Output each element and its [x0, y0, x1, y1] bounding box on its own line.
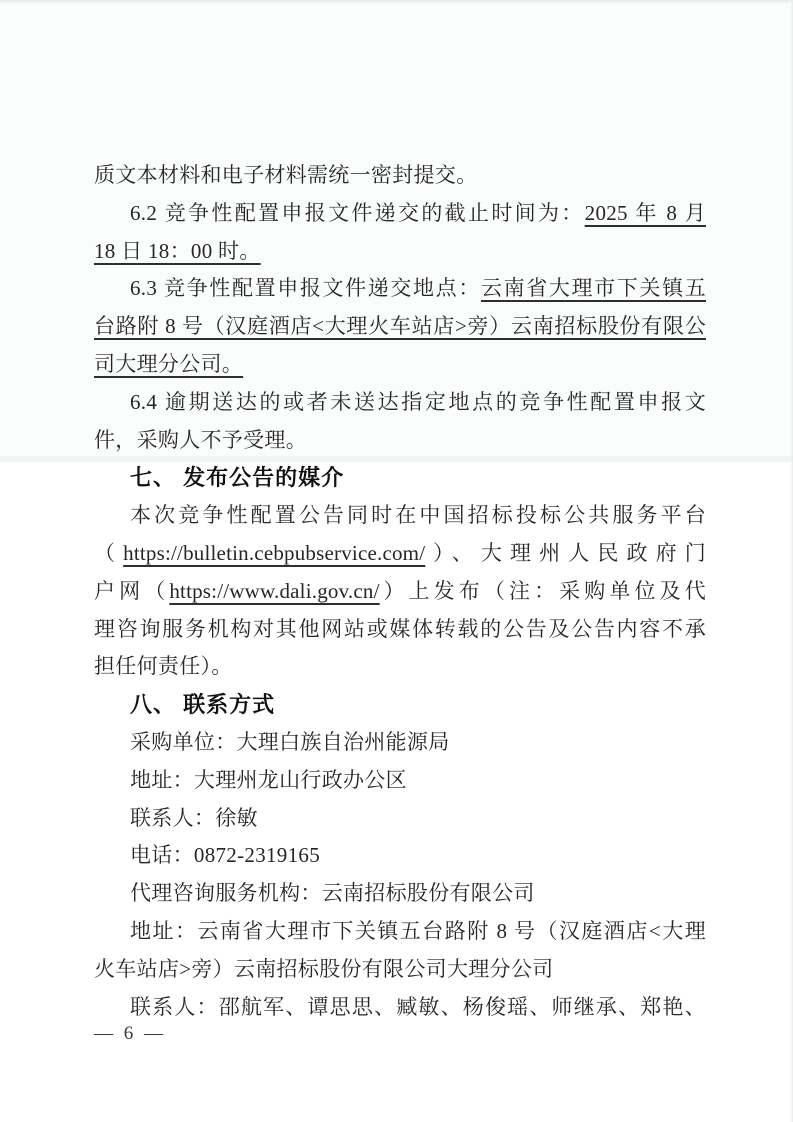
- text-segment: 地址：大理州龙山行政办公区: [130, 768, 407, 792]
- text-segment: 本次竞争性配置公告同时在中国招标投标公共服务平台: [130, 503, 706, 527]
- text-segment: 6.2 竞争性配置申报文件递交的截止时间为：: [130, 201, 585, 225]
- text-line-phone: 电话：0872-2319165: [94, 837, 706, 875]
- text-line-agency-contacts: 联系人：邵航军、谭思思、臧敏、杨俊瑶、师继承、郑艳、: [94, 989, 706, 1027]
- text-segment: ）上发布（注：采购单位及代: [380, 579, 706, 603]
- text-segment: 理咨询服务机构对其他网站或媒体转载的公告及公告内容不承: [94, 617, 706, 641]
- text-line: 质文本材料和电子材料需统一密封提交。: [94, 157, 706, 195]
- text-line: 6.2 竞争性配置申报文件递交的截止时间为：2025 年 8 月: [94, 195, 706, 233]
- text-line: 6.4 逾期送达的或者未送达指定地点的竞争性配置申报文: [94, 384, 706, 422]
- document-page: 质文本材料和电子材料需统一密封提交。 6.2 竞争性配置申报文件递交的截止时间为…: [0, 0, 793, 1122]
- text-line-agency-address: 火车站店>旁）云南招标股份有限公司大理分公司: [94, 951, 706, 989]
- section-heading-contact: 八、 联系方式: [94, 686, 706, 724]
- url-cebpubservice: https://bulletin.cebpubservice.com/: [123, 541, 425, 565]
- text-segment: 质文本材料和电子材料需统一密封提交。: [94, 163, 477, 187]
- text-segment: 联系人：徐敏: [130, 806, 258, 830]
- text-segment: 件，采购人不予受理。: [94, 428, 307, 452]
- text-line: 件，采购人不予受理。: [94, 422, 706, 460]
- text-segment: 采购单位：大理白族自治州能源局: [130, 730, 450, 754]
- text-segment: 代理咨询服务机构：云南招标股份有限公司: [130, 881, 535, 905]
- underlined-deadline-text: 2025 年 8 月: [585, 201, 706, 225]
- section-heading-media: 七、 发布公告的媒介: [94, 459, 706, 497]
- text-line-purchaser-contact: 联系人：徐敏: [94, 800, 706, 838]
- text-segment: ）、大理州人民政府门: [425, 541, 706, 565]
- text-segment: 6.4 逾期送达的或者未送达指定地点的竞争性配置申报文: [130, 390, 706, 414]
- text-line: 台路附 8 号（汉庭酒店<大理火车站店>旁）云南招标股份有限公: [94, 308, 706, 346]
- document-body: 质文本材料和电子材料需统一密封提交。 6.2 竞争性配置申报文件递交的截止时间为…: [94, 157, 706, 1026]
- text-line-purchaser: 采购单位：大理白族自治州能源局: [94, 724, 706, 762]
- text-line: 18 日 18：00 时。: [94, 233, 706, 271]
- text-line-purchaser-address: 地址：大理州龙山行政办公区: [94, 762, 706, 800]
- text-segment: 联系人：邵航军、谭思思、臧敏、杨俊瑶、师继承、郑艳、: [130, 995, 706, 1019]
- text-segment: （: [94, 541, 123, 565]
- text-line: 理咨询服务机构对其他网站或媒体转载的公告及公告内容不承: [94, 611, 706, 649]
- underlined-address-text: 台路附 8 号（汉庭酒店<大理火车站店>旁）云南招标股份有限公: [94, 314, 706, 338]
- page-number: — 6 —: [94, 1023, 166, 1045]
- text-line: （https://bulletin.cebpubservice.com/）、大理…: [94, 535, 706, 573]
- section-heading-text: 八、 联系方式: [130, 692, 275, 717]
- text-line: 本次竞争性配置公告同时在中国招标投标公共服务平台: [94, 497, 706, 535]
- underlined-address-text: 司大理分公司。: [94, 352, 243, 376]
- section-heading-text: 七、 发布公告的媒介: [130, 465, 344, 490]
- text-segment: 地址：云南省大理市下关镇五台路附 8 号（汉庭酒店<大理: [130, 919, 706, 943]
- text-line: 担任何责任）。: [94, 648, 706, 686]
- text-segment: 火车站店>旁）云南招标股份有限公司大理分公司: [94, 957, 553, 981]
- url-dali-gov: https://www.dali.gov.cn/: [169, 579, 379, 603]
- text-line-agency-address: 地址：云南省大理市下关镇五台路附 8 号（汉庭酒店<大理: [94, 913, 706, 951]
- text-segment: 户网（: [94, 579, 169, 603]
- text-line: 6.3 竞争性配置申报文件递交地点：云南省大理市下关镇五: [94, 270, 706, 308]
- text-line-agency: 代理咨询服务机构：云南招标股份有限公司: [94, 875, 706, 913]
- underlined-deadline-text: 18 日 18：00 时。: [94, 239, 261, 263]
- text-segment: 担任何责任）。: [94, 654, 233, 678]
- scan-top-edge: [0, 0, 793, 4]
- text-segment: 6.3 竞争性配置申报文件递交地点：: [130, 276, 481, 300]
- underlined-address-text: 云南省大理市下关镇五: [481, 276, 706, 300]
- text-line: 户网（https://www.dali.gov.cn/）上发布（注：采购单位及代: [94, 573, 706, 611]
- text-line: 司大理分公司。: [94, 346, 706, 384]
- text-segment: 电话：0872-2319165: [130, 843, 320, 867]
